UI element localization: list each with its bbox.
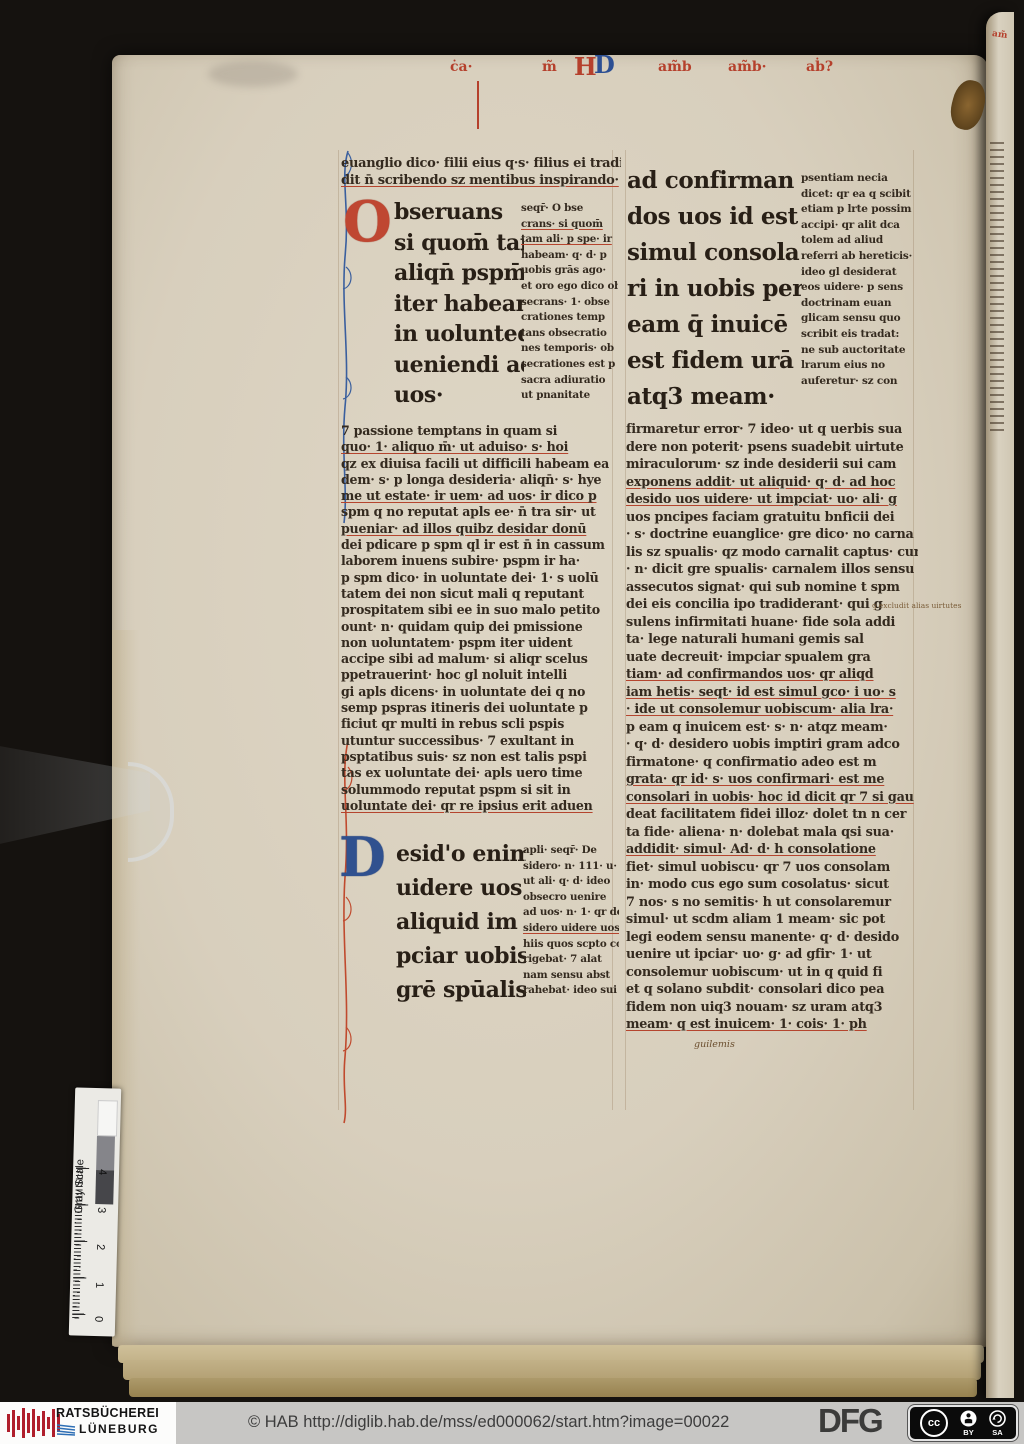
text-line: dere non poterit· psens suadebit uirtute [626,439,918,457]
column2-body-text: firmaretur error· 7 ideo· ut q uerbis su… [626,421,918,1034]
text-line: sulens infirmitati huane· fide sola addi [626,614,918,632]
text-line: scribit eis tradat: [801,327,915,343]
text-line: ficiut qr multi in rebus scli pspis [341,716,620,732]
digitized-manuscript-viewer: ċa· m̃ H D am̃b am̃b· aḃ? euanglio dico·… [0,0,1024,1444]
page-stack-edge [129,1378,977,1397]
text-line: secrationes est p [521,357,618,373]
margin-note: ꝯ excludit alias uirtutes [872,601,961,611]
text-line: me ut estate· ir uem· ad uos· ir dico p [341,488,620,504]
text-line: desido uos uidere· ut impciat· uo· ali· … [626,491,918,509]
text-line: uoluntate dei· qr re ipsius erit aduen [341,798,620,814]
text-line: ut pnanitate [521,388,618,404]
text-line: crationes temp [521,310,618,326]
text-line: quo· 1· aliquo m̄· ut aduiso· s· hoi [341,439,620,455]
text-line: · q· d· desidero uobis imptiri gram adco [626,736,918,754]
person-icon [960,1410,977,1427]
text-line: exponens addit· ut aliquid· q· d· ad hoc [626,474,918,492]
text-line: rahebat· ideo sui [523,983,619,999]
text-line: tam ali· p spe· ir [521,232,618,248]
text-line: dos uos id est [627,199,802,235]
text-line: dicet: qr ea q scibit [801,187,915,203]
text-line: ount· n· quidam quip dei pmissione [341,619,620,635]
running-title-mark: am̃b· [728,59,767,75]
text-line: ta· lege naturali humani gemis sal [626,631,918,649]
ink-offset-smudge [208,61,298,87]
footer-bar: RATSBÜCHEREI LÜNEBURG © HAB http://digli… [0,1402,1024,1444]
text-line: ta fide· aliena· n· dolebat mala qsi sua… [626,824,918,842]
text-line: deat facilitatem fidei illoz· dolet tn n… [626,806,918,824]
text-line: est fidem urā [627,343,802,379]
text-line: ueniendi ad [394,350,524,381]
text-line: 0 [92,1316,104,1322]
column1-gloss-2: apli· seqr̄· Desidero· n· 111· u·ut ali·… [523,843,619,999]
text-line: lrarum eius no [801,358,915,374]
text-line: firmaretur error· 7 ideo· ut q uerbis su… [626,421,918,439]
text-line: tatem dei non sicut mali q reputant [341,586,620,602]
column1-gloss: seqr̄· O bsecrans· si quom̄tam ali· p sp… [521,201,618,404]
text-line: simul consola [627,235,802,271]
text-line: grata· qr id· s· uos confirmari· est me [626,771,918,789]
manuscript-page: ċa· m̃ H D am̃b am̃b· aḃ? euanglio dico·… [112,55,988,1347]
text-line: · s· doctrine euanglice· gre dico· no ca… [626,526,918,544]
text-line: non uoluntatem· pspm iter uident [341,635,620,651]
decorated-initial-D: D [339,825,386,889]
text-line: ut ali· q· d· ideo [523,874,619,890]
text-line: accipi· qr alit dca [801,218,915,234]
library-logo-panel: RATSBÜCHEREI LÜNEBURG [0,1402,176,1444]
text-line: aliqn̄ pspm̄ [394,258,524,289]
text-line: referri ab hereticis· [801,249,915,265]
text-line: eam q̄ inuicē [627,307,802,343]
library-name-block: RATSBÜCHEREI LÜNEBURG [56,1406,159,1436]
text-line: simul· ut scdm aliam 1 meam· sic pot [626,911,918,929]
text-line: 3 [95,1207,107,1213]
text-line: solummodo reputat pspm si sit in [341,782,620,798]
share-alike-icon [989,1410,1006,1427]
dfg-logo: DFG [818,1402,882,1440]
text-line: laborem inuens subire· pspm ir ha· [341,553,620,569]
text-line: 4 [96,1169,108,1175]
text-line: 7 passione temptans in quam si [341,423,620,439]
text-line: spm q no reputat apls ee· n̄ tra sir· ut [341,504,620,520]
text-line: rigebat· 7 alat [523,952,619,968]
library-name: RATSBÜCHEREI [56,1406,159,1420]
text-line: psptatibus suis· sz non est talis pspi [341,749,620,765]
text-line: legi eodem sensu manente· q· d· desido [626,929,918,947]
text-line: esid'o enim [396,837,526,871]
text-line: miraculorum· sz inde desiderii sui cam [626,456,918,474]
text-line: ad confirman [627,163,802,199]
text-line: dei pdicare p spm ql ir est n̄ in cassum [341,537,620,553]
text-line: glicam sensu quo [801,311,915,327]
running-title-mark: am̃b [658,59,692,75]
text-line: uos· [394,380,524,411]
text-line: semp pspras itineris dei uoluntate p [341,700,620,716]
column1-display-text-2: esid'o enimuidere uos utaliquid impciar … [396,837,526,1007]
text-line: auferetur· sz con [801,374,915,390]
text-line: ideo gl desiderat [801,265,915,281]
open-book-icon [56,1423,76,1436]
text-line: pciar uobis [396,939,526,973]
text-line: uate decreuit· impciar spualem gra [626,649,918,667]
scribal-note: guilemis [694,1039,735,1050]
text-line: psentiam necia [801,171,915,187]
text-line: 1 [93,1282,105,1288]
text-line: p eam q inuicem est· s· n· atqz meam· [626,719,918,737]
text-line: utuntur successibus· 7 exultant in [341,733,620,749]
text-line: qz ex diuisa facili ut difficili habeam … [341,456,620,472]
text-line: iter habeam [394,289,524,320]
text-line: tas ex uoluntate dei· apls uero time [341,765,620,781]
library-city: LÜNEBURG [79,1422,159,1436]
text-line: tolem ad aliud [801,233,915,249]
text-line: atq3 meam· [627,379,802,415]
text-line: habeam· q· d· p [521,248,618,264]
text-line: 7 nos· s no semitis· h ut consolaremur [626,894,918,912]
cc-by-item: BY [960,1410,977,1437]
text-line: bseruans [394,197,524,228]
text-line: uidere uos ut [396,871,526,905]
column1-display-text: bseruanssi quom̄ tandēaliqn̄ pspm̄iter h… [394,197,524,411]
text-line: hiis quos scpto cor [523,937,619,953]
column1-body-text: 7 passione temptans in quam si quo· 1· a… [341,423,620,814]
decorated-initial-O: O [343,189,392,255]
cc-sa-item: SA [989,1410,1006,1437]
text-line: dem· s· p longa desideria· aliqn̄· s· hy… [341,472,620,488]
facing-page-rubric-fragment: am̃ [991,29,1008,41]
text-line: p spm dico· in uoluntate dei· 1· s uolū [341,570,620,586]
text-line: consolemur uobiscum· ut in q quid fi [626,964,918,982]
text-line: etiam p lrte possim [801,202,915,218]
library-logo-bars-icon [7,1407,60,1439]
text-line: secrans· 1· obse [521,295,618,311]
text-line: aliquid im [396,905,526,939]
text-line: apli· seqr̄· De [523,843,619,859]
text-line: · ide ut consolemur uobiscum· alia lra· [626,701,918,719]
text-line: uobis grās ago· [521,263,618,279]
text-line: gi apls dicens· in uoluntate dei q no [341,684,620,700]
text-line: assecutos signat· qui sub nomine t spm [626,579,918,597]
page-stack-edge [123,1360,981,1380]
copyright-url-text: © HAB http://diglib.hab.de/mss/ed000062/… [248,1413,729,1432]
text-line: tans obsecratio [521,326,618,342]
text-line: ne sub auctoritate [801,343,915,359]
text-line: si quom̄ tandē [394,228,524,259]
column1-intro: euanglio dico· filii eius q·s· filius ei… [341,155,621,189]
grayscale-ruler: Gray Scale 43210 [69,1087,121,1336]
cc-by-sa-badge: cc BY SA [908,1405,1018,1441]
running-title-mark: aḃ? [806,59,833,75]
facing-page-edge: am̃ [986,12,1014,1398]
column2-gloss: psentiam neciadicet: qr ea q scibitetiam… [801,171,915,389]
text-line: nes temporis· ob [521,341,618,357]
text-line: pueniar· ad illos quibz desidar donū [341,521,620,537]
text-line: firmatone· q confirmatio adeo est m [626,754,918,772]
text-line: fidem non uiq3 nouam· sz uram atq3 [626,999,918,1017]
text-line: prospitatem sibi ee in suo malo petito [341,602,620,618]
text-line: fiet· simul uobiscu· qr 7 uos consolam [626,859,918,877]
text-line: uenire ut ipciar· uo· g· ad gfir· 1· ut [626,946,918,964]
running-title-mark: m̃ [542,59,557,75]
text-line: ri in uobis per [627,271,802,307]
text-line: nam sensu abst [523,968,619,984]
text-line: 2 [94,1244,106,1250]
text-line: sacra adiuratio [521,373,618,389]
text-line: lis sz spualis· qz modo carnalit captus·… [626,544,918,562]
text-line: iam hetis· seqt· id est simul gco· i uo·… [626,684,918,702]
text-line: meam· q est inuicem· 1· cois· 1· ph [626,1016,918,1034]
text-line: crans· si quom̄ [521,217,618,233]
text-line: dit n̄ scribendo sz mentibus inspirando· [341,172,621,189]
text-line: ppetrauerint· hoc gl noluit intelli [341,667,620,683]
cc-icon: cc [920,1409,948,1437]
text-line: et oro ego dico ob [521,279,618,295]
rubric-descender [477,81,479,129]
text-line: eos uidere· p sens [801,280,915,296]
column2-display-text: ad confirmandos uos id estsimul consolar… [627,163,802,415]
by-label: BY [963,1428,973,1437]
text-line: sidero uidere uos [523,921,619,937]
text-line: tiam· ad confirmandos uos· qr aliqd [626,666,918,684]
text-line: · n· dicit gre spualis· carnalem illos s… [626,561,918,579]
text-line: et q solano subdit· consolari dico pea [626,981,918,999]
text-line: consolari in uobis· hoc id dicit qr 7 si… [626,789,918,807]
text-line: in· modo cus ego sum cosolatus· sicut [626,876,918,894]
text-line: doctrinam euan [801,296,915,312]
text-line: uos pncipes faciam gratuitu bnficii dei [626,509,918,527]
text-line: accipe sibi ad malum· si aliqr scelus [341,651,620,667]
text-line: grē spūalis [396,973,526,1007]
text-line: in uoluntedi [394,319,524,350]
text-line: seqr̄· O bse [521,201,618,217]
running-title-mark: ċa· [450,59,472,75]
text-line: euanglio dico· filii eius q·s· filius ei… [341,155,621,172]
text-line: sidero· n· 111· u· [523,859,619,875]
text-line: obsecro uenire [523,890,619,906]
text-line: addidit· simul· Ad· d· h consolatione [626,841,918,859]
running-title-letter-D: D [594,55,615,75]
text-line: ad uos· n· 1· qr de [523,905,619,921]
facing-page-text-sliver [990,142,1004,432]
sa-label: SA [992,1428,1002,1437]
